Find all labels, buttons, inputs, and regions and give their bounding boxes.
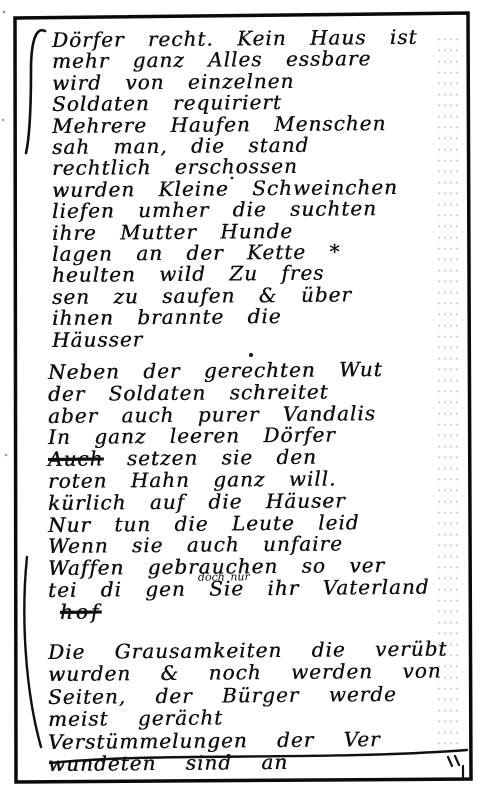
handwritten-line: meist gerächt [48,705,448,731]
margin-f-stroke-icon [26,30,45,153]
ink-speck [2,119,4,121]
paragraph-2: Neben der gerechten Wut der Soldaten sch… [48,362,430,624]
paragraph-1: Dörfer recht. Kein Haus ist mehr ganz Al… [52,30,417,351]
handwritten-line: ihnen brannte die [52,305,418,330]
ink-speck [5,454,8,457]
crossed-out-scribble: hof [60,599,102,623]
ditto-tick-marks-icon [448,756,463,779]
ink-speck [3,11,5,13]
handwritten-line-crossed-out: hof [48,598,430,623]
margin-bracket-stroke-icon [24,557,41,747]
struck-out-word: Auch [48,447,104,471]
paragraph-3: Die Grausamkeiten die verübt wurden & no… [48,641,447,775]
handwritten-line: wundeten sind an [48,750,448,776]
scanned-manuscript-page: Dörfer recht. Kein Haus ist mehr ganz Al… [0,0,480,791]
ink-speck [249,353,253,357]
interlinear-insertion: doch nur [198,571,250,582]
handwritten-line-with-insertion: tei di gen Sie ihr Vaterland doch nur [48,577,430,602]
handwritten-line: Häusser [52,326,418,351]
